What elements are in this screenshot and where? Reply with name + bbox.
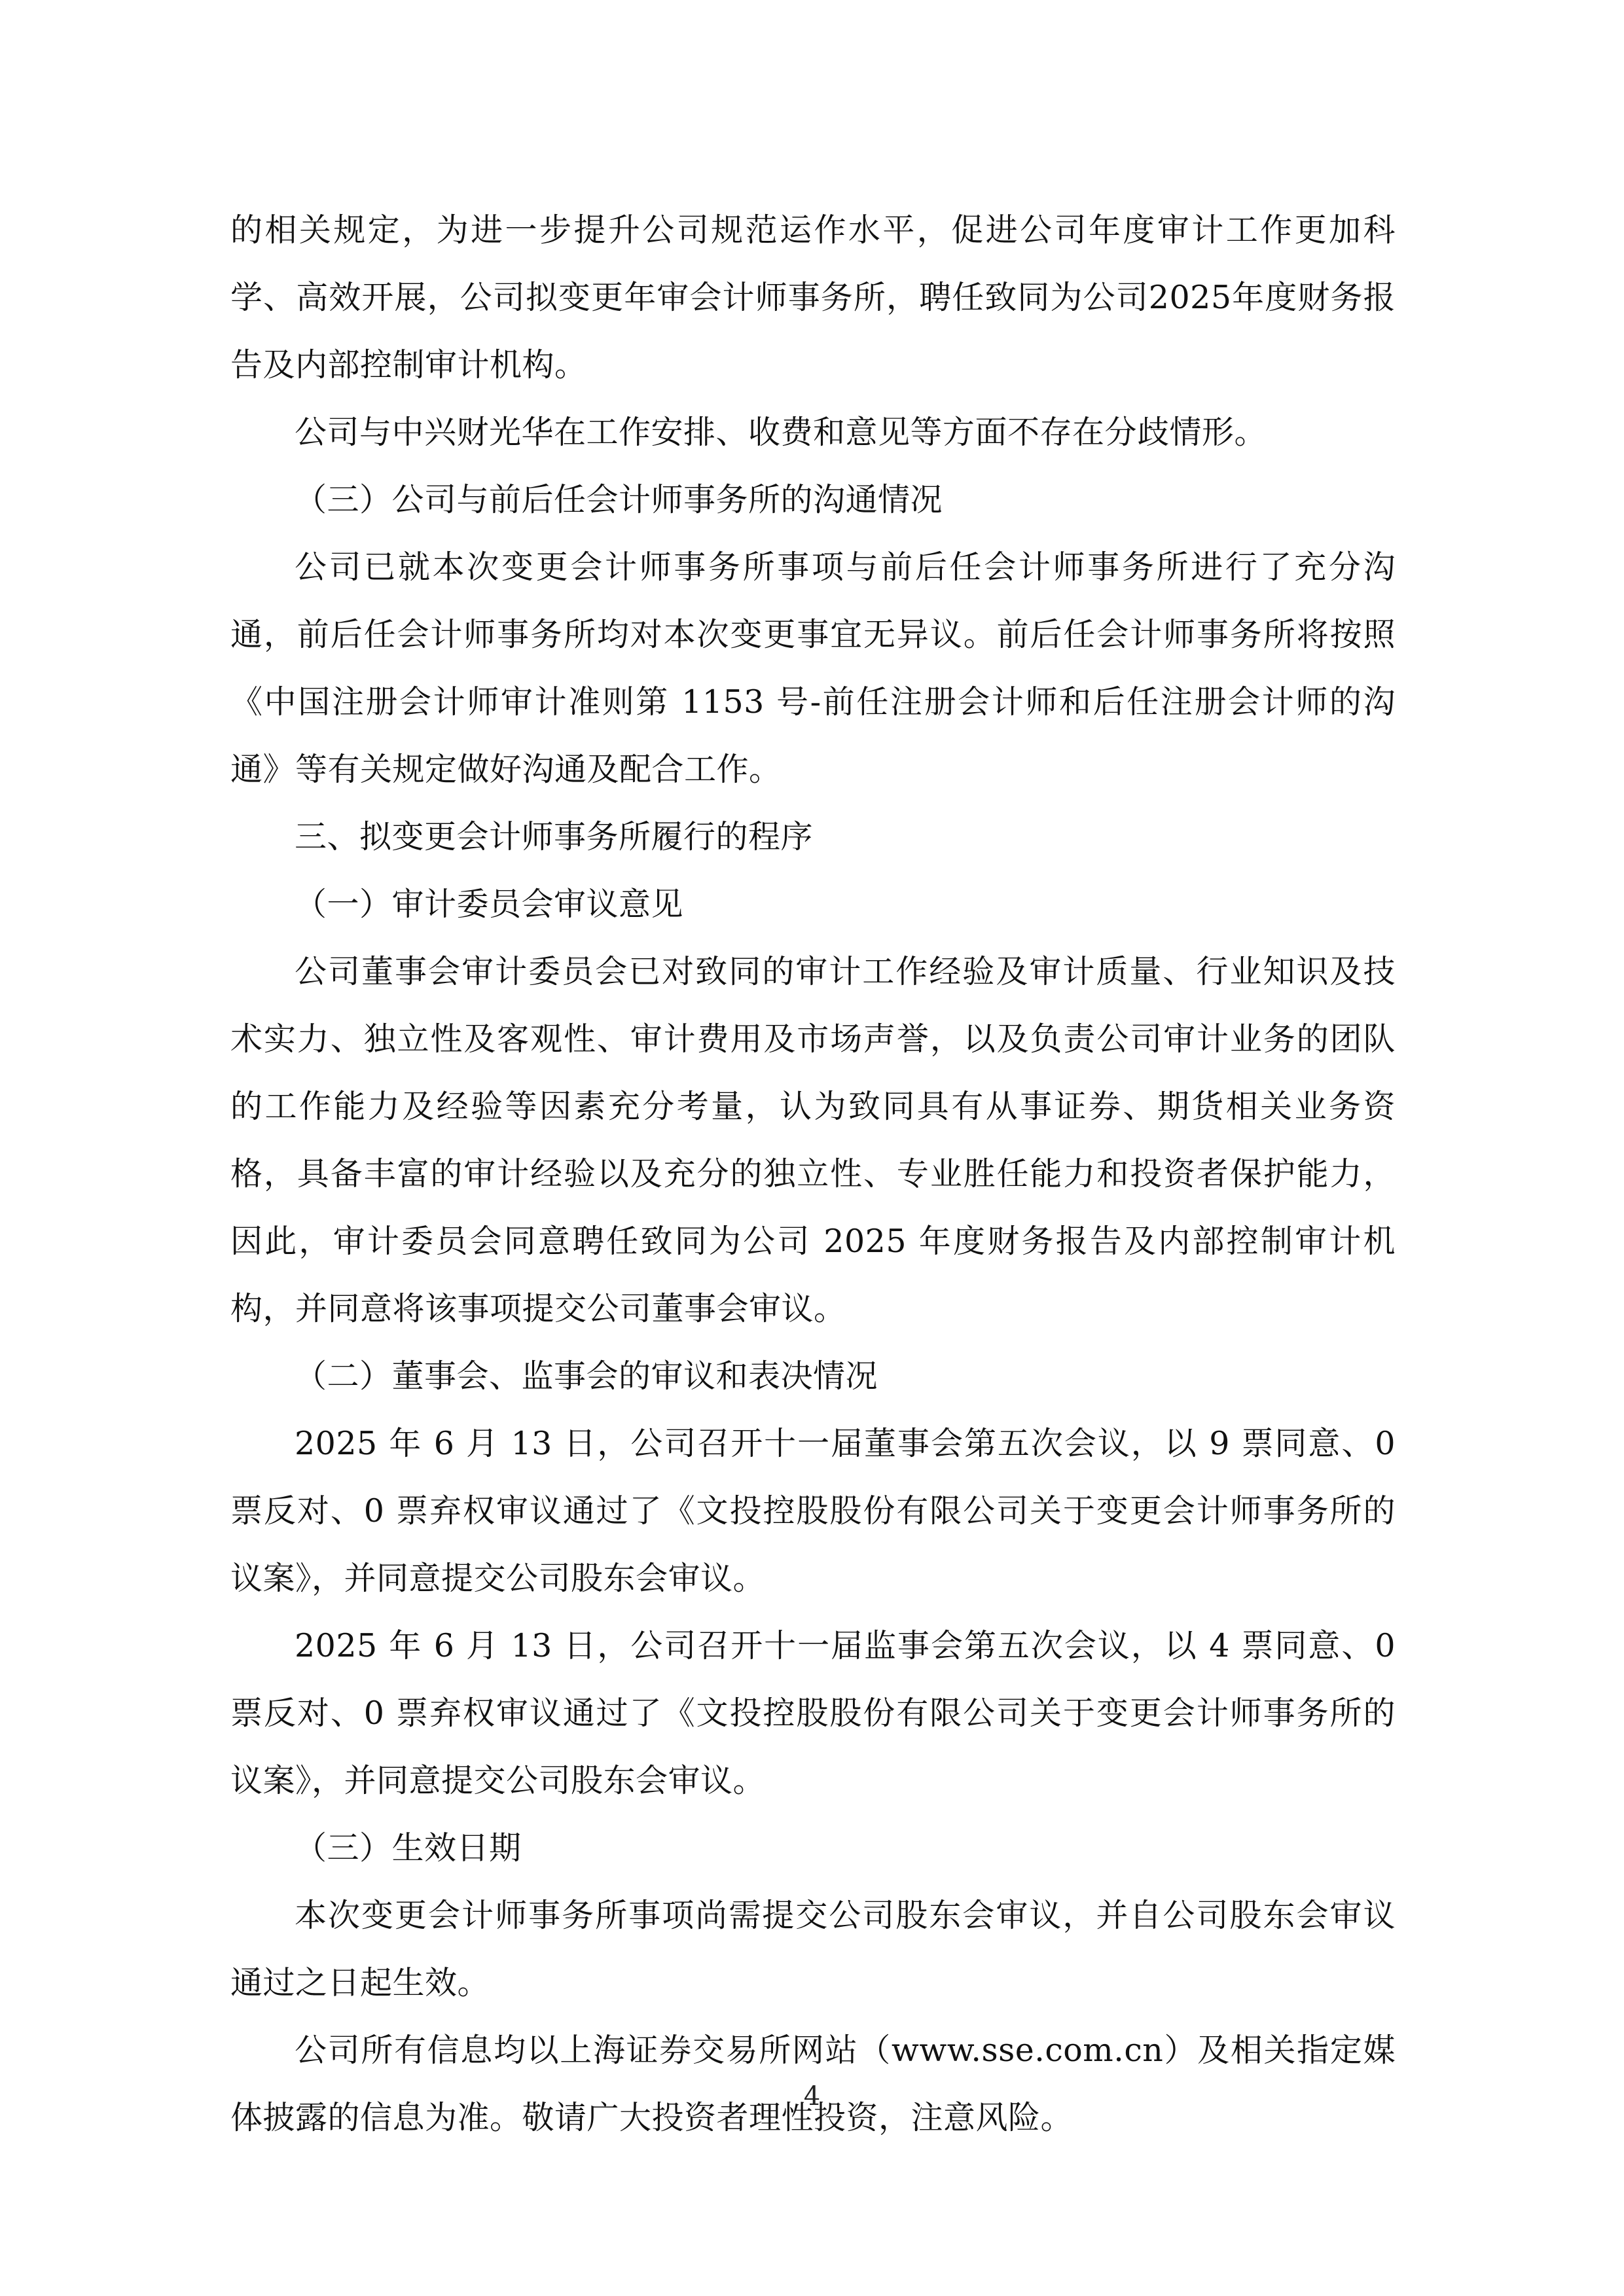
subheading-audit-committee: （一）审计委员会审议意见 bbox=[230, 870, 1396, 938]
paragraph-board-of-directors: 2025 年 6 月 13 日，公司召开十一届董事会第五次会议，以 9 票同意、… bbox=[230, 1410, 1396, 1612]
page-number: 4 bbox=[0, 2081, 1624, 2111]
paragraph-board-of-supervisors: 2025 年 6 月 13 日，公司召开十一届监事会第五次会议，以 4 票同意、… bbox=[230, 1612, 1396, 1814]
paragraph-effective-date: 本次变更会计师事务所事项尚需提交公司股东会审议，并自公司股东会审议通过之日起生效… bbox=[230, 1882, 1396, 2017]
paragraph-communication: 公司已就本次变更会计师事务所事项与前后任会计师事务所进行了充分沟通，前后任会计师… bbox=[230, 533, 1396, 803]
paragraph-audit-committee: 公司董事会审计委员会已对致同的审计工作经验及审计质量、行业知识及技术实力、独立性… bbox=[230, 938, 1396, 1342]
document-page-body: 的相关规定，为进一步提升公司规范运作水平，促进公司年度审计工作更加科学、高效开展… bbox=[230, 196, 1396, 2151]
section-heading-procedures: 三、拟变更会计师事务所履行的程序 bbox=[230, 803, 1396, 870]
subheading-communication: （三）公司与前后任会计师事务所的沟通情况 bbox=[230, 466, 1396, 533]
subheading-board-voting: （二）董事会、监事会的审议和表决情况 bbox=[230, 1342, 1396, 1410]
paragraph-no-disagreement: 公司与中兴财光华在工作安排、收费和意见等方面不存在分歧情形。 bbox=[230, 399, 1396, 466]
subheading-effective-date: （三）生效日期 bbox=[230, 1814, 1396, 1882]
paragraph-continuation: 的相关规定，为进一步提升公司规范运作水平，促进公司年度审计工作更加科学、高效开展… bbox=[230, 196, 1396, 399]
